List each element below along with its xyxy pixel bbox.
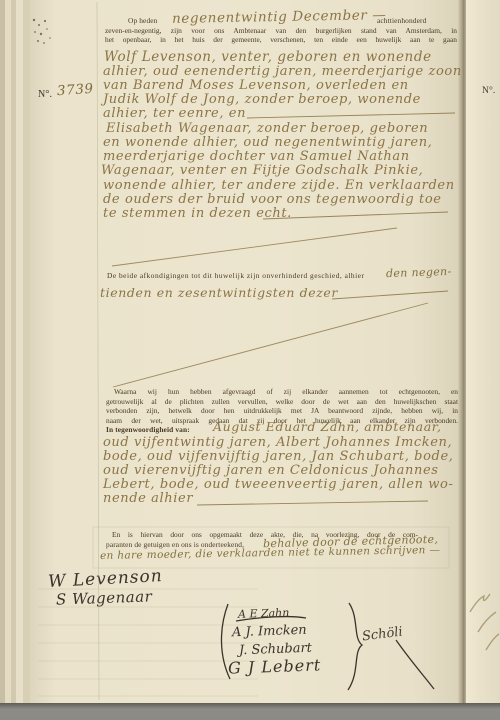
witness-line: Lebert, bode, oud tweeenveertig jaren, a… <box>103 478 453 491</box>
groom-line: alhier, ter eenre, en <box>103 107 246 120</box>
act-number-label: N°. <box>38 89 52 101</box>
signature-bride-father: S Wagenaar <box>56 589 153 607</box>
scanned-marriage-record: N°. 3739 Op heden negenentwintig Decembe… <box>0 0 500 720</box>
witness-line: August Eduard Zahn, ambtenaar, <box>213 421 442 434</box>
act-number-value: 3739 <box>57 83 95 99</box>
page-edge-strip <box>23 0 30 704</box>
vows-line: Waarna wij hun hebben afgevraagd of zij … <box>114 388 458 397</box>
witness-line: oud vierenvijftig jaren en Celdonicus Jo… <box>103 464 439 477</box>
signature-witness-lebert: G J Lebert <box>228 657 322 676</box>
bride-line: meerderjarige dochter van Samuel Nathan <box>103 150 410 163</box>
header-printed-year: achttienhonderd <box>377 17 426 26</box>
groom-line: alhier, oud eenendertig jaren, meerderja… <box>103 65 462 78</box>
banns-handwritten-line2: tienden en zesentwintigsten dezer <box>100 287 338 300</box>
bride-line: wonende alhier, ter andere zijde. En ver… <box>103 179 455 192</box>
header-printed-line3: het openbaar, in het huis der gemeente, … <box>105 36 457 45</box>
signature-witness-schubart: J. Schubart <box>239 642 312 658</box>
signature-witness-imcken: A J. Imcken <box>232 624 307 640</box>
bride-line: te stemmen in dezen echt. <box>103 207 292 220</box>
groom-line: Judik Wolf de Jong, zonder beroep, wonen… <box>103 93 421 106</box>
header-printed-line2: zeven-en-negentig, zijn voor ons Ambtena… <box>105 27 457 36</box>
bride-line: de ouders der bruid voor ons tegenwoordi… <box>103 193 442 206</box>
scan-background-bottom <box>0 703 500 720</box>
witness-line: nende alhier <box>103 492 193 505</box>
witness-line: bode, oud vijfenvijftig jaren, Jan Schub… <box>103 450 453 463</box>
header-printed-open: Op heden <box>128 17 158 26</box>
next-page-number-label: N°. <box>482 86 495 97</box>
signature-witness-zahn: A E Zahn <box>238 607 290 620</box>
bride-line: Wagenaar, venter en Fijtje Godschalk Pin… <box>101 164 423 177</box>
groom-line: van Barend Moses Levenson, overleden en <box>103 79 409 92</box>
witnesses-label: In tegenwoordigheid van: <box>106 426 190 435</box>
bride-line: Elisabeth Wagenaar, zonder beroep, gebor… <box>106 122 428 135</box>
banns-handwritten-tail: den negen- <box>386 266 452 279</box>
banns-printed: De beide afkondigingen tot dit huwelijk … <box>107 272 364 281</box>
page-edge-strip <box>16 0 23 704</box>
vows-line: verbonden zijn, hetwelk door hen uitdruk… <box>106 407 458 416</box>
groom-line: Wolf Levenson, venter, geboren en wonend… <box>104 51 432 65</box>
witness-line: oud vijfentwintig jaren, Albert Johannes… <box>103 436 452 449</box>
next-page-edge <box>466 0 500 706</box>
vows-line: getrouwelijk al de plichten zullen vervu… <box>106 398 458 407</box>
bride-line: en wonende alhier, oud negenentwintig ja… <box>103 136 432 149</box>
